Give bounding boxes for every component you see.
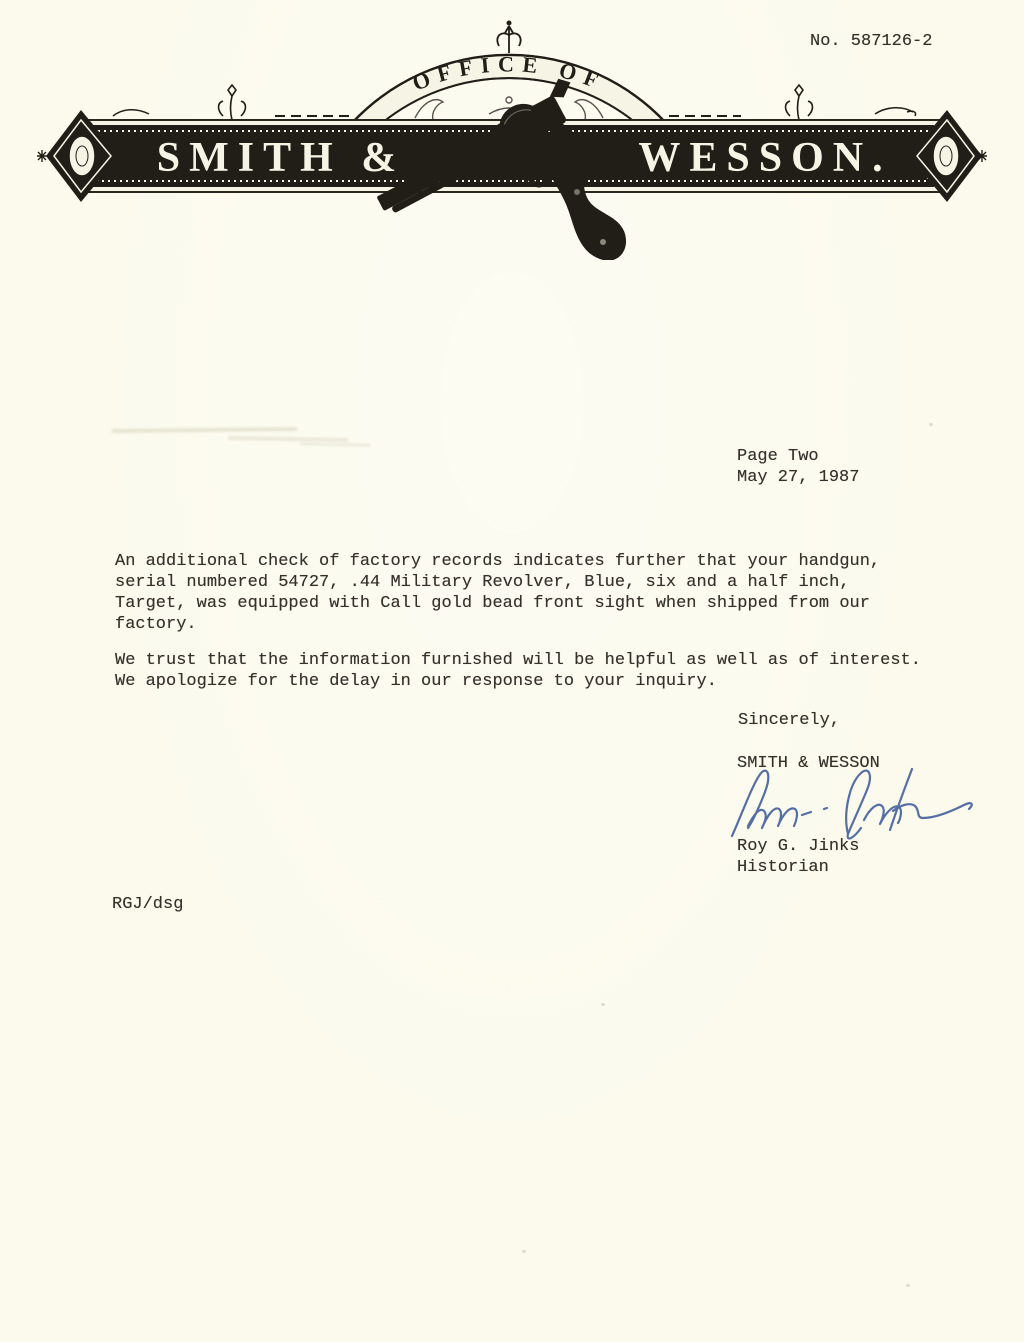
body-paragraph-1: An additional check of factory records i… — [115, 551, 935, 635]
letter-page: No. 587126-2 OFFICE OF — [0, 0, 1024, 1342]
letterhead-engraving: OFFICE OF — [37, 20, 987, 260]
wesson-label: WESSON. — [638, 135, 891, 181]
page-and-date: Page TwoMay 27, 1987 — [737, 446, 859, 488]
body-paragraph-2: We trust that the information furnished … — [115, 650, 955, 692]
reference-initials: RGJ/dsg — [112, 894, 183, 915]
closing-salutation: Sincerely, — [738, 710, 840, 731]
page-label: Page Two — [737, 447, 819, 466]
signature — [722, 762, 984, 848]
smith-label: SMITH & — [157, 135, 406, 181]
finial-ornament-icon — [497, 21, 520, 53]
signer-title: Historian — [737, 857, 829, 878]
date-label: May 27, 1987 — [737, 468, 859, 487]
